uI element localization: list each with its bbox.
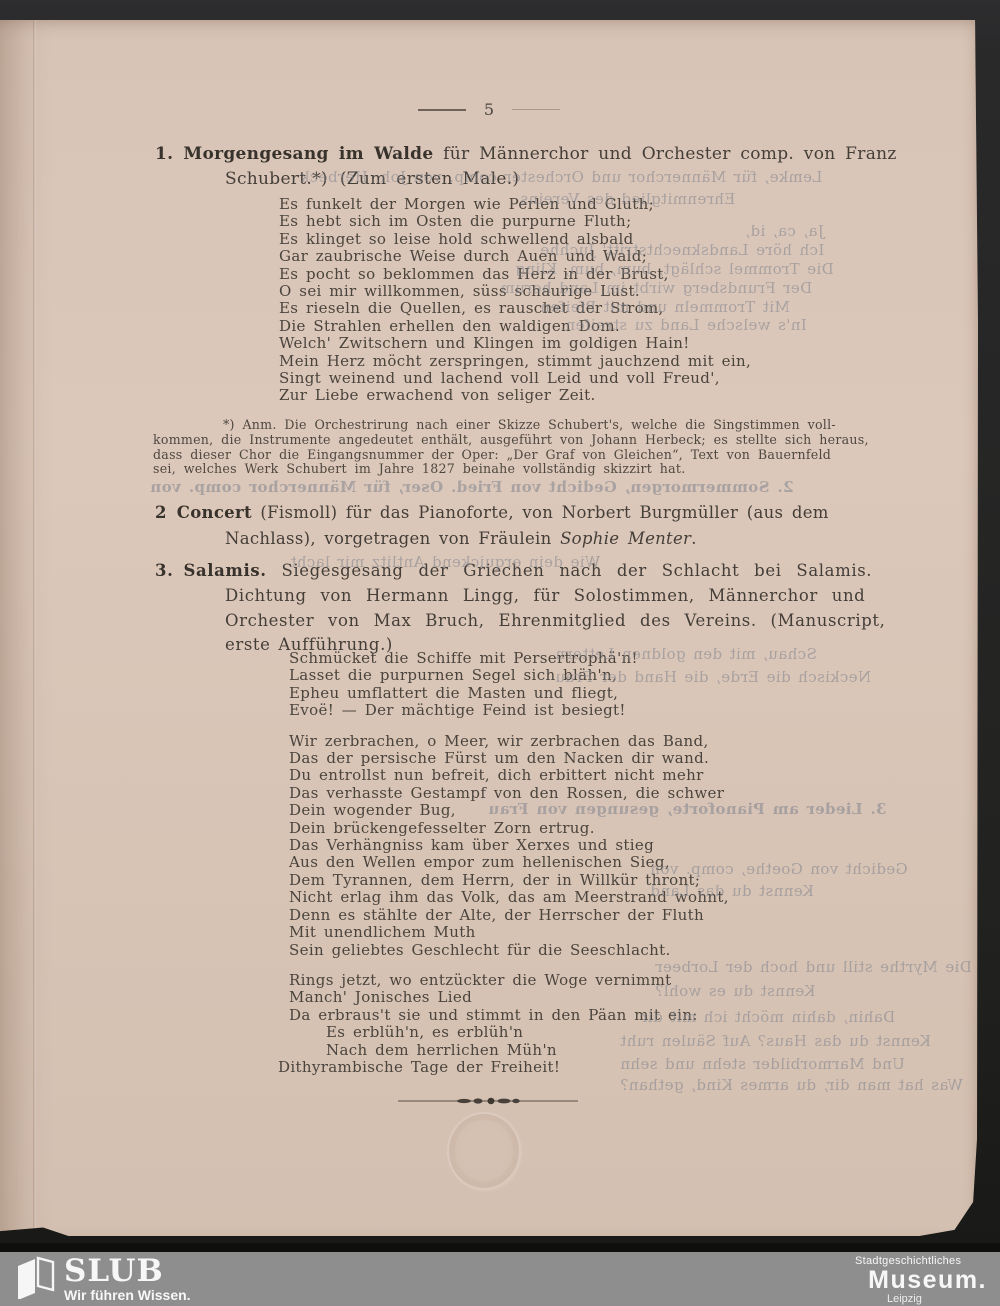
poem-line: Singt weinend und lachend voll Leid und …	[279, 370, 751, 387]
bleedthrough-text: Der Frundsberg wirbt im Land herum	[500, 279, 812, 297]
bleedthrough-text: Ich höre Landsknechtstritt' Juchhe	[540, 241, 824, 259]
bleedthrough-text: Was hat man dir, du armes Kind, gethan?	[620, 1076, 963, 1094]
program-item-2-line1: 2Concert (Fismoll) für das Pianoforte, v…	[155, 500, 897, 526]
bleedthrough-text: In's welsche Land zu streifen.	[560, 316, 807, 334]
slub-tagline: Wir führen Wissen.	[64, 1288, 191, 1303]
slub-wordmark: SLUB	[64, 1255, 191, 1287]
item-number: 3.	[155, 561, 183, 580]
bleedthrough-text: Und Marmorbilder stehn und sehn	[620, 1055, 905, 1073]
bleedthrough-text: Kennst du das Haus? Auf Säulen ruht	[620, 1032, 931, 1050]
bleedthrough-text: Wie dein erquickend Antlitz mir lacht	[290, 553, 600, 571]
blind-stamp	[447, 1112, 521, 1190]
poem-line: Du entrollst nun befreit, dich erbittert…	[289, 767, 729, 784]
page-number: 5	[484, 100, 494, 119]
bleedthrough-text: 2. Sommermorgen, Gedicht von Fried. Oser…	[150, 478, 794, 496]
poem-line: Zur Liebe erwachend von seliger Zeit.	[279, 387, 751, 404]
footnote-line: sei, welches Werk Schubert im Jahre 1827…	[153, 462, 889, 477]
scanned-document-viewer: 5 1.Morgengesang im Walde für Männerchor…	[0, 0, 1000, 1306]
program-item-1-line1: 1.Morgengesang im Walde für Männerchor u…	[155, 142, 897, 167]
scanned-page: 5 1.Morgengesang im Walde für Männerchor…	[0, 20, 978, 1236]
item-number: 1.	[155, 144, 183, 164]
page-crease	[33, 20, 37, 1236]
footnote-line: kommen, die Instrumente angedeutet enthä…	[153, 433, 889, 448]
performer-intro: Nachlass), vorgetragen von Fräulein	[225, 529, 560, 548]
performer-name: Sophie Menter	[560, 529, 691, 548]
item-title-rest: (Fismoll) für das Pianoforte, von Norber…	[260, 503, 828, 522]
footer-branding-bar: SLUB Wir führen Wissen. Stadtgeschichtli…	[0, 1252, 1000, 1306]
poem-line: Das der persische Fürst um den Nacken di…	[289, 750, 729, 767]
poem-line: Es hebt sich im Osten die purpurne Fluth…	[279, 213, 751, 230]
header-rule-right	[512, 109, 560, 110]
program-item-3-line2: Dichtung von Hermann Lingg, für Solostim…	[155, 584, 897, 609]
bleedthrough-text: 3. Lieder am Pianoforte, gesungen von Fr…	[488, 800, 887, 818]
bleedthrough-text: Kennst du das Land	[650, 882, 814, 900]
program-item-2: 2Concert (Fismoll) für das Pianoforte, v…	[155, 500, 897, 551]
bleedthrough-text: Dahin, dahin möcht ich mit dir	[640, 1008, 895, 1026]
bleedthrough-text: Schau, mit den goldnen Lettern	[555, 645, 817, 663]
bleedthrough-text: Die Myrthe still und hoch der Lorbeer	[655, 958, 972, 976]
program-item-3: 3.Salamis. Siegesgesang der Griechen nac…	[155, 559, 897, 658]
slub-book-icon	[14, 1255, 56, 1304]
item-number: 2	[155, 503, 177, 522]
footnote-body: *) Anm. Die Orchestrirung nach einer Ski…	[153, 418, 889, 477]
bleedthrough-text: Lemke, für Männerchor und Orchester comp…	[300, 168, 822, 186]
footer-divider-strip	[0, 1243, 1000, 1252]
poem-line: Evoë! — Der mächtige Feind ist besiegt!	[289, 702, 729, 719]
ornament-divider	[398, 1090, 578, 1109]
item-title: Salamis.	[183, 561, 266, 580]
bleedthrough-text: Neckisch die Erde, die Hand der Frau	[555, 668, 871, 686]
poem-line: Denn es stählte der Alte, der Herrscher …	[289, 907, 729, 924]
bleedthrough-text: Ehrenmitglied des Vereins	[520, 190, 735, 208]
poem-line: Das Verhängniss kam über Xerxes und stie…	[289, 837, 729, 854]
poem-line: Mit unendlichem Muth	[289, 924, 729, 941]
page-header: 5	[0, 100, 978, 119]
stanza-2: Wir zerbrachen, o Meer, wir zerbrachen d…	[289, 733, 729, 959]
program-item-3-line3: Orchester von Max Bruch, Ehrenmitglied d…	[155, 609, 897, 634]
poem-line: Epheu umflattert die Masten und fliegt,	[289, 685, 729, 702]
bleedthrough-text: Gedicht von Goethe, comp. von	[650, 860, 908, 878]
museum-logo: Stadtgeschichtliches Museum. Leipzig ✓ Z…	[795, 1256, 987, 1306]
footnote-line: dass dieser Chor die Eingangsnummer der …	[153, 448, 889, 463]
poem-line: Dein brückengefesselter Zorn ertrug.	[289, 820, 729, 837]
header-rule-left	[418, 109, 466, 111]
footnote-line: *) Anm. Die Orchestrirung nach einer Ski…	[153, 418, 889, 433]
bleedthrough-text: Die Trommel schlägt, bum, bum, Kling	[515, 260, 834, 278]
item-title-rest: für Männerchor und Orchester comp. von F…	[443, 144, 896, 164]
sentence-end: .	[691, 529, 697, 548]
item-title: Morgengesang im Walde	[183, 144, 433, 164]
museum-city: Leipzig	[795, 1294, 987, 1305]
poem-line: Wir zerbrachen, o Meer, wir zerbrachen d…	[289, 733, 729, 750]
bleedthrough-text: Ja, ca, id,	[745, 222, 824, 240]
poem-line: Mein Herz möcht zerspringen, stimmt jauc…	[279, 353, 751, 370]
bleedthrough-text: Kennst du es wohl?	[655, 982, 815, 1000]
program-item-2-line2: Nachlass), vorgetragen von Fräulein Soph…	[155, 526, 897, 552]
poem-line: Sein geliebtes Geschlecht für die Seesch…	[289, 942, 729, 959]
bleedthrough-text: Mit Trommeln und mit Pfeifen	[540, 298, 790, 316]
item-title: Concert	[177, 503, 252, 522]
museum-wordmark: Museum.	[795, 1268, 987, 1293]
slub-logo: SLUB Wir führen Wissen.	[14, 1255, 191, 1304]
poem-line: Welch' Zwitschern und Klingen im goldige…	[279, 335, 751, 352]
